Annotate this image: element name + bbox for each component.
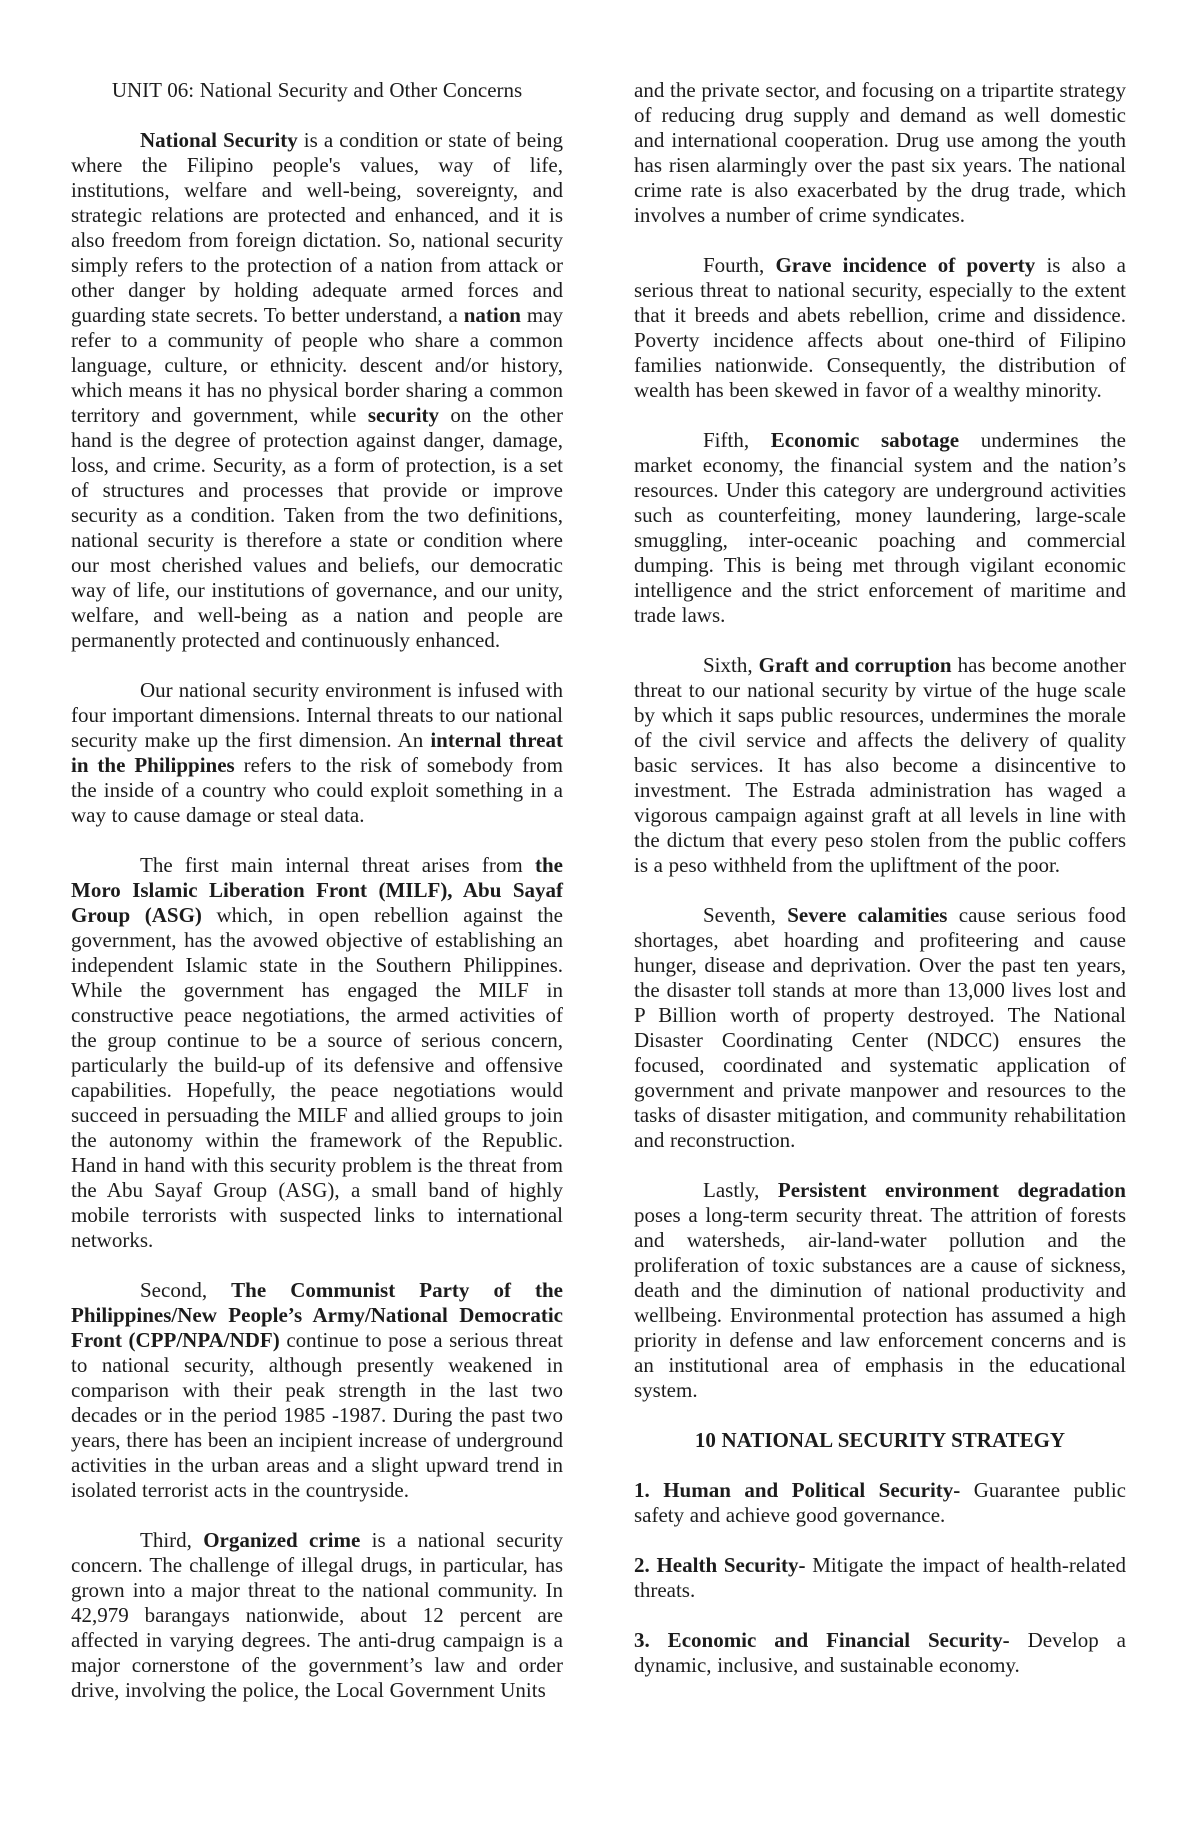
text-segment: UNIT 06: National Security and Other Con…	[112, 78, 522, 102]
list-item: 3. Economic and Financial Security- Deve…	[634, 1628, 1126, 1678]
text-segment: undermines the market economy, the finan…	[634, 428, 1126, 627]
bold-text-segment: 3. Economic and Financial Security-	[634, 1628, 1010, 1652]
section-heading: 10 NATIONAL SECURITY STRATEGY	[634, 1428, 1126, 1453]
text-segment: is a condition or state of being where t…	[71, 128, 563, 327]
text-segment: continue to pose a serious threat to nat…	[71, 1328, 563, 1502]
text-segment: and the private sector, and focusing on …	[634, 78, 1126, 227]
text-segment: has become another threat to our nationa…	[634, 653, 1126, 877]
right-column: and the private sector, and focusing on …	[634, 78, 1126, 1728]
paragraph: and the private sector, and focusing on …	[634, 78, 1126, 228]
text-segment: is a national security concern. The chal…	[71, 1528, 563, 1702]
paragraph: Our national security environment is inf…	[71, 678, 563, 828]
bold-text-segment: 2. Health Security-	[634, 1553, 806, 1577]
paragraph: Second, The Communist Party of the Phili…	[71, 1278, 563, 1503]
bold-text-segment: National Security	[140, 128, 298, 152]
bold-text-segment: Grave incidence of poverty	[775, 253, 1035, 277]
bold-text-segment: nation	[464, 303, 521, 327]
text-segment: which, in open rebellion against the gov…	[71, 903, 563, 1252]
bold-text-segment: Severe calamities	[787, 903, 947, 927]
bold-text-segment: 10 NATIONAL SECURITY STRATEGY	[695, 1428, 1065, 1452]
text-segment: Sixth,	[703, 653, 759, 677]
left-column: UNIT 06: National Security and Other Con…	[71, 78, 563, 1728]
unit-title: UNIT 06: National Security and Other Con…	[71, 78, 563, 103]
text-segment: Fourth,	[703, 253, 775, 277]
paragraph: Seventh, Severe calamities cause serious…	[634, 903, 1126, 1153]
text-segment: Lastly,	[703, 1178, 778, 1202]
paragraph: Third, Organized crime is a national sec…	[71, 1528, 563, 1703]
list-item: 2. Health Security- Mitigate the impact …	[634, 1553, 1126, 1603]
bold-text-segment: Economic sabotage	[771, 428, 959, 452]
paragraph: National Security is a condition or stat…	[71, 128, 563, 653]
bold-text-segment: Graft and corruption	[759, 653, 952, 677]
paragraph: The first main internal threat arises fr…	[71, 853, 563, 1253]
paragraph: Sixth, Graft and corruption has become a…	[634, 653, 1126, 878]
text-segment: Fifth,	[703, 428, 771, 452]
paragraph: Fifth, Economic sabotage undermines the …	[634, 428, 1126, 628]
text-segment: Seventh,	[703, 903, 787, 927]
list-item: 1. Human and Political Security- Guarant…	[634, 1478, 1126, 1528]
text-segment: poses a long-term security threat. The a…	[634, 1203, 1126, 1402]
bold-text-segment: security	[368, 403, 439, 427]
bold-text-segment: Organized crime	[203, 1528, 360, 1552]
text-segment: Third,	[140, 1528, 203, 1552]
text-segment: Second,	[140, 1278, 231, 1302]
bold-text-segment: Persistent environment degradation	[778, 1178, 1126, 1202]
two-column-layout: UNIT 06: National Security and Other Con…	[71, 78, 1127, 1728]
document-page: UNIT 06: National Security and Other Con…	[0, 0, 1200, 1835]
text-segment: The first main internal threat arises fr…	[140, 853, 535, 877]
text-segment: cause serious food shortages, abet hoard…	[634, 903, 1126, 1152]
bold-text-segment: 1. Human and Political Security-	[634, 1478, 960, 1502]
text-segment: on the other hand is the degree of prote…	[71, 403, 563, 652]
paragraph: Fourth, Grave incidence of poverty is al…	[634, 253, 1126, 403]
paragraph: Lastly, Persistent environment degradati…	[634, 1178, 1126, 1403]
